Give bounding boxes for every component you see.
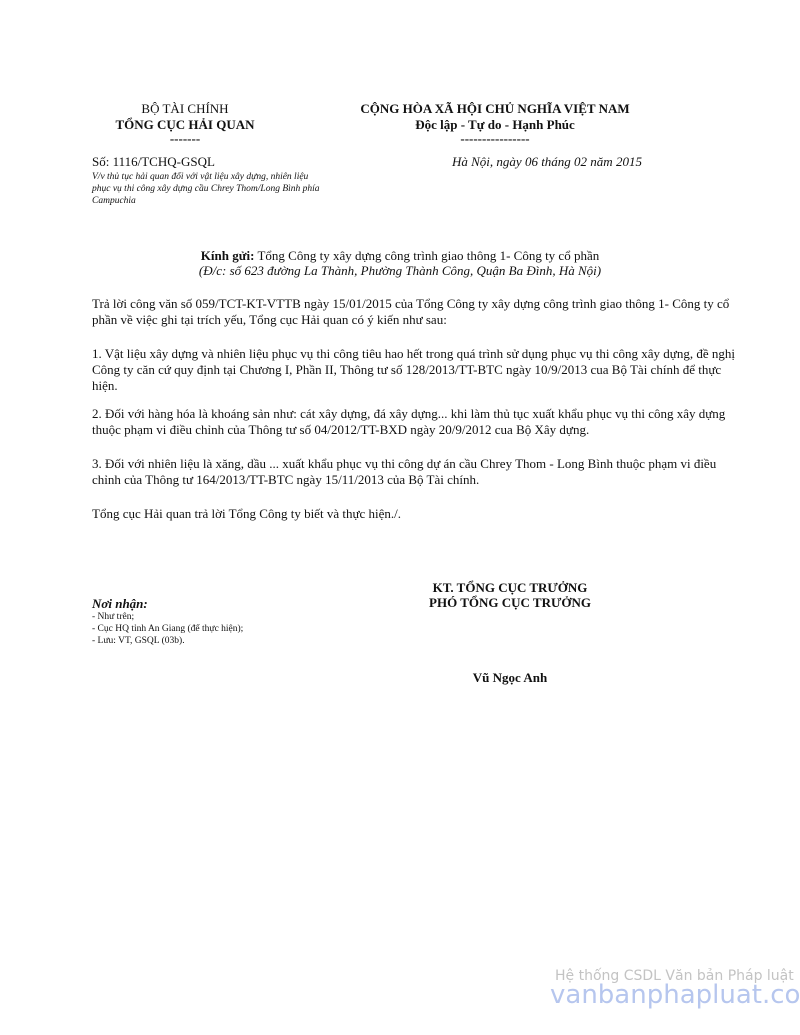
issue-date: Hà Nội, ngày 06 tháng 02 năm 2015 xyxy=(452,154,642,170)
header-right-separator: ---------------- xyxy=(330,133,660,145)
body-point-2: 2. Đối với hàng hóa là khoáng sản như: c… xyxy=(92,406,742,438)
signature-title-line2: PHÓ TỔNG CỤC TRƯỞNG xyxy=(395,595,625,610)
recipients-list-item: - Như trên; xyxy=(92,611,243,623)
signature-title-block: KT. TỔNG CỤC TRƯỞNG PHÓ TỔNG CỤC TRƯỞNG xyxy=(395,580,625,610)
recipients-list-item: - Lưu: VT, GSQL (03b). xyxy=(92,635,243,647)
national-header-block: CỘNG HÒA XÃ HỘI CHỦ NGHĨA VIỆT NAM Độc l… xyxy=(330,101,660,145)
signature-title-line1: KT. TỔNG CỤC TRƯỞNG xyxy=(395,580,625,595)
signer-name: Vũ Ngọc Anh xyxy=(395,670,625,686)
addressee-block: Kính gửi: Tổng Công ty xây dựng công trì… xyxy=(120,248,680,278)
document-number: Số: 1116/TCHQ-GSQL xyxy=(92,154,215,170)
recipients-list-item: - Cục HQ tỉnh An Giang (để thực hiện); xyxy=(92,623,243,635)
parent-agency: BỘ TÀI CHÍNH xyxy=(80,101,290,117)
body-intro: Trả lời công văn số 059/TCT-KT-VTTB ngày… xyxy=(92,296,742,328)
addressee-address: (Đ/c: số 623 đường La Thành, Phường Thàn… xyxy=(120,263,680,278)
issuing-agency-block: BỘ TÀI CHÍNH TỔNG CỤC HẢI QUAN ------- xyxy=(80,101,290,145)
header-left-separator: ------- xyxy=(80,133,290,145)
body-closing: Tổng cục Hải quan trả lời Tổng Công ty b… xyxy=(92,506,742,522)
body-point-3: 3. Đối với nhiên liệu là xăng, dầu ... x… xyxy=(92,456,742,488)
addressee-name: Tổng Công ty xây dựng công trình giao th… xyxy=(254,248,599,263)
national-title: CỘNG HÒA XÃ HỘI CHỦ NGHĨA VIỆT NAM xyxy=(330,101,660,117)
watermark-line-2: vanbanphapluat.co xyxy=(550,980,800,1010)
addressee-label: Kính gửi: xyxy=(201,248,255,263)
recipients-list: Nơi nhận: - Như trên; - Cục HQ tỉnh An G… xyxy=(92,596,243,647)
document-subject: V/v thủ tục hải quan đối với vật liệu xâ… xyxy=(92,171,322,207)
body-point-1: 1. Vật liệu xây dựng và nhiên liệu phục … xyxy=(92,346,742,394)
recipients-list-title: Nơi nhận: xyxy=(92,596,243,611)
